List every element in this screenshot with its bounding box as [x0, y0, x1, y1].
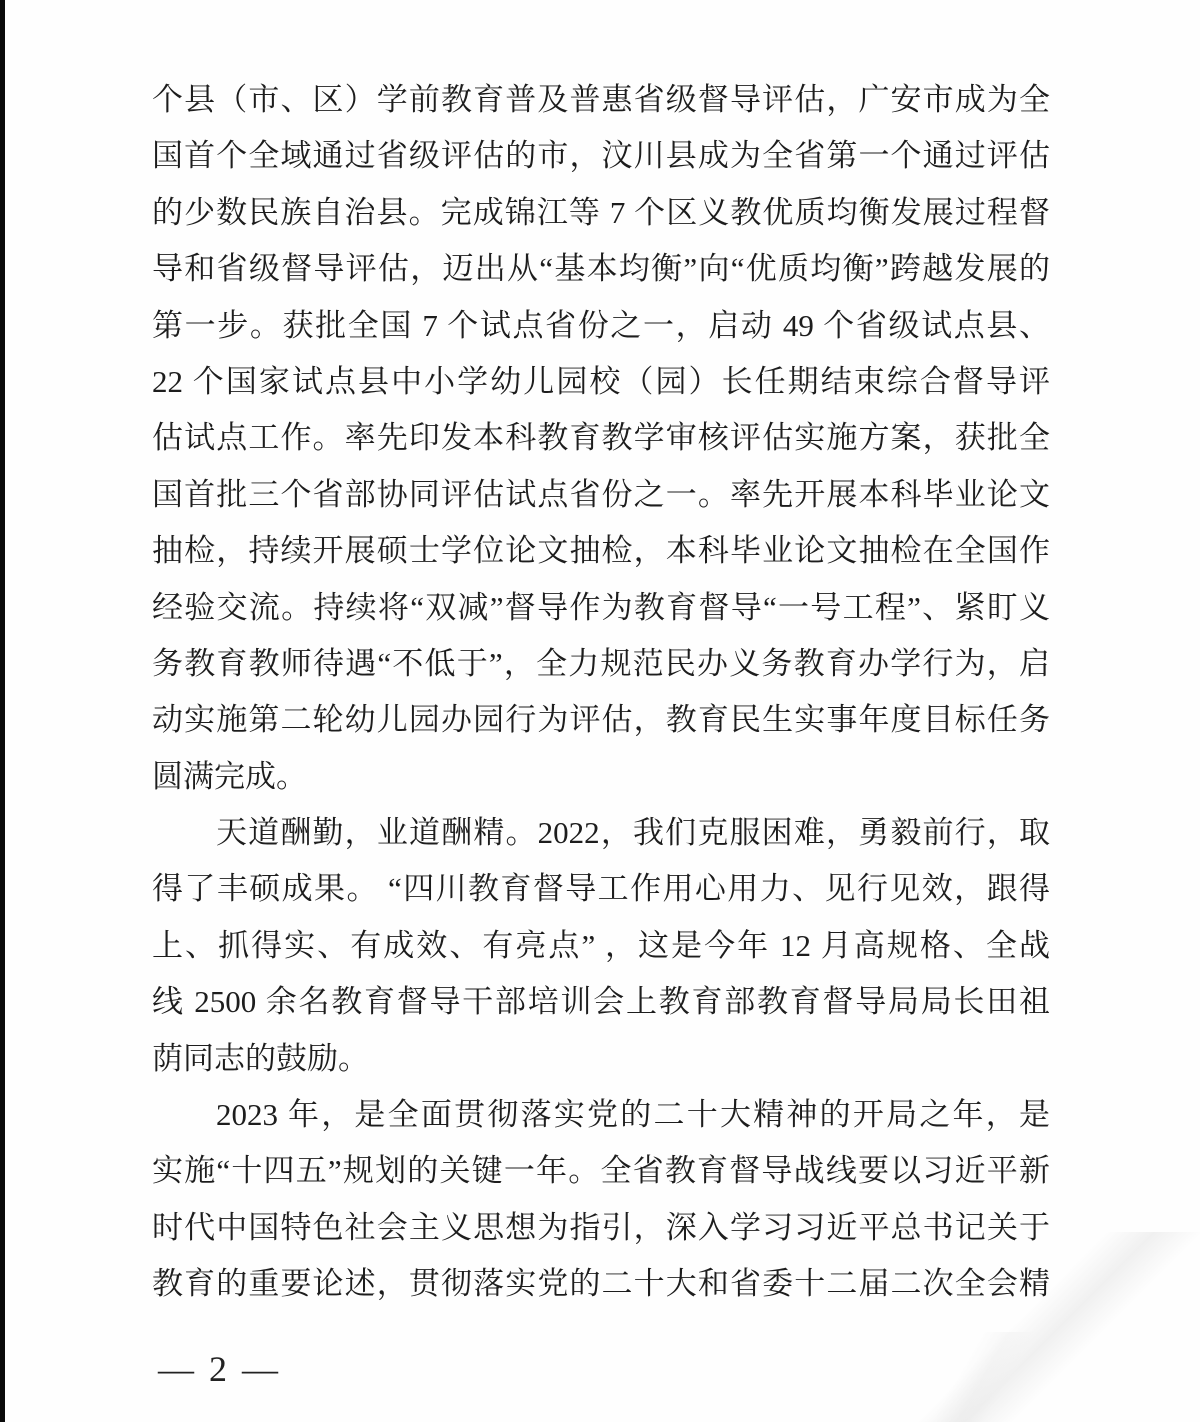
- text-line: 教育的重要论述，贯彻落实党的二十大和省委十二届二次全会精: [152, 1256, 1050, 1312]
- text-line: 第一步。获批全国 7 个试点省份之一，启动 49 个省级试点县、: [152, 298, 1050, 354]
- text-block: 个县（市、区）学前教育普及普惠省级督导评估，广安市成为全国首个全域通过省级评估的…: [152, 72, 1050, 1313]
- text-line: 务教育教师待遇“不低于”，全力规范民办义务教育办学行为，启: [152, 636, 1050, 692]
- text-line: 国首个全域通过省级评估的市，汶川县成为全省第一个通过评估: [152, 128, 1050, 184]
- text-line: 时代中国特色社会主义思想为指引，深入学习习近平总书记关于: [152, 1200, 1050, 1256]
- text-line: 导和省级督导评估，迈出从“基本均衡”向“优质均衡”跨越发展的: [152, 241, 1050, 297]
- text-line: 天道酬勤，业道酬精。2022，我们克服困难，勇毅前行，取: [152, 805, 1050, 861]
- text-line: 国首批三个省部协同评估试点省份之一。率先开展本科毕业论文: [152, 467, 1050, 523]
- document-page: 个县（市、区）学前教育普及普惠省级督导评估，广安市成为全国首个全域通过省级评估的…: [0, 0, 1200, 1422]
- text-line: 个县（市、区）学前教育普及普惠省级督导评估，广安市成为全: [152, 72, 1050, 128]
- text-line: 线 2500 余名教育督导干部培训会上教育部教育督导局局长田祖: [152, 974, 1050, 1030]
- page-number: — 2 —: [158, 1348, 281, 1390]
- text-line: 实施“十四五”规划的关键一年。全省教育督导战线要以习近平新: [152, 1143, 1050, 1199]
- text-line: 22 个国家试点县中小学幼儿园校（园）长任期结束综合督导评: [152, 354, 1050, 410]
- text-line: 抽检，持续开展硕士学位论文抽检，本科毕业论文抽检在全国作: [152, 523, 1050, 579]
- text-line: 得了丰硕成果。 “四川教育督导工作用心用力、见行见效，跟得: [152, 861, 1050, 917]
- text-line: 的少数民族自治县。完成锦江等 7 个区义教优质均衡发展过程督: [152, 185, 1050, 241]
- text-line: 动实施第二轮幼儿园办园行为评估，教育民生实事年度目标任务: [152, 692, 1050, 748]
- scan-edge-line: [0, 0, 5, 1422]
- text-line: 荫同志的鼓励。: [152, 1031, 1050, 1087]
- text-line: 圆满完成。: [152, 749, 1050, 805]
- text-line: 估试点工作。率先印发本科教育教学审核评估实施方案，获批全: [152, 410, 1050, 466]
- scan-streak: [860, 1332, 1080, 1422]
- text-line: 上、抓得实、有成效、有亮点” ，这是今年 12 月高规格、全战: [152, 918, 1050, 974]
- text-line: 经验交流。持续将“双减”督导作为教育督导“一号工程”、紧盯义: [152, 580, 1050, 636]
- text-line: 2023 年，是全面贯彻落实党的二十大精神的开局之年，是: [152, 1087, 1050, 1143]
